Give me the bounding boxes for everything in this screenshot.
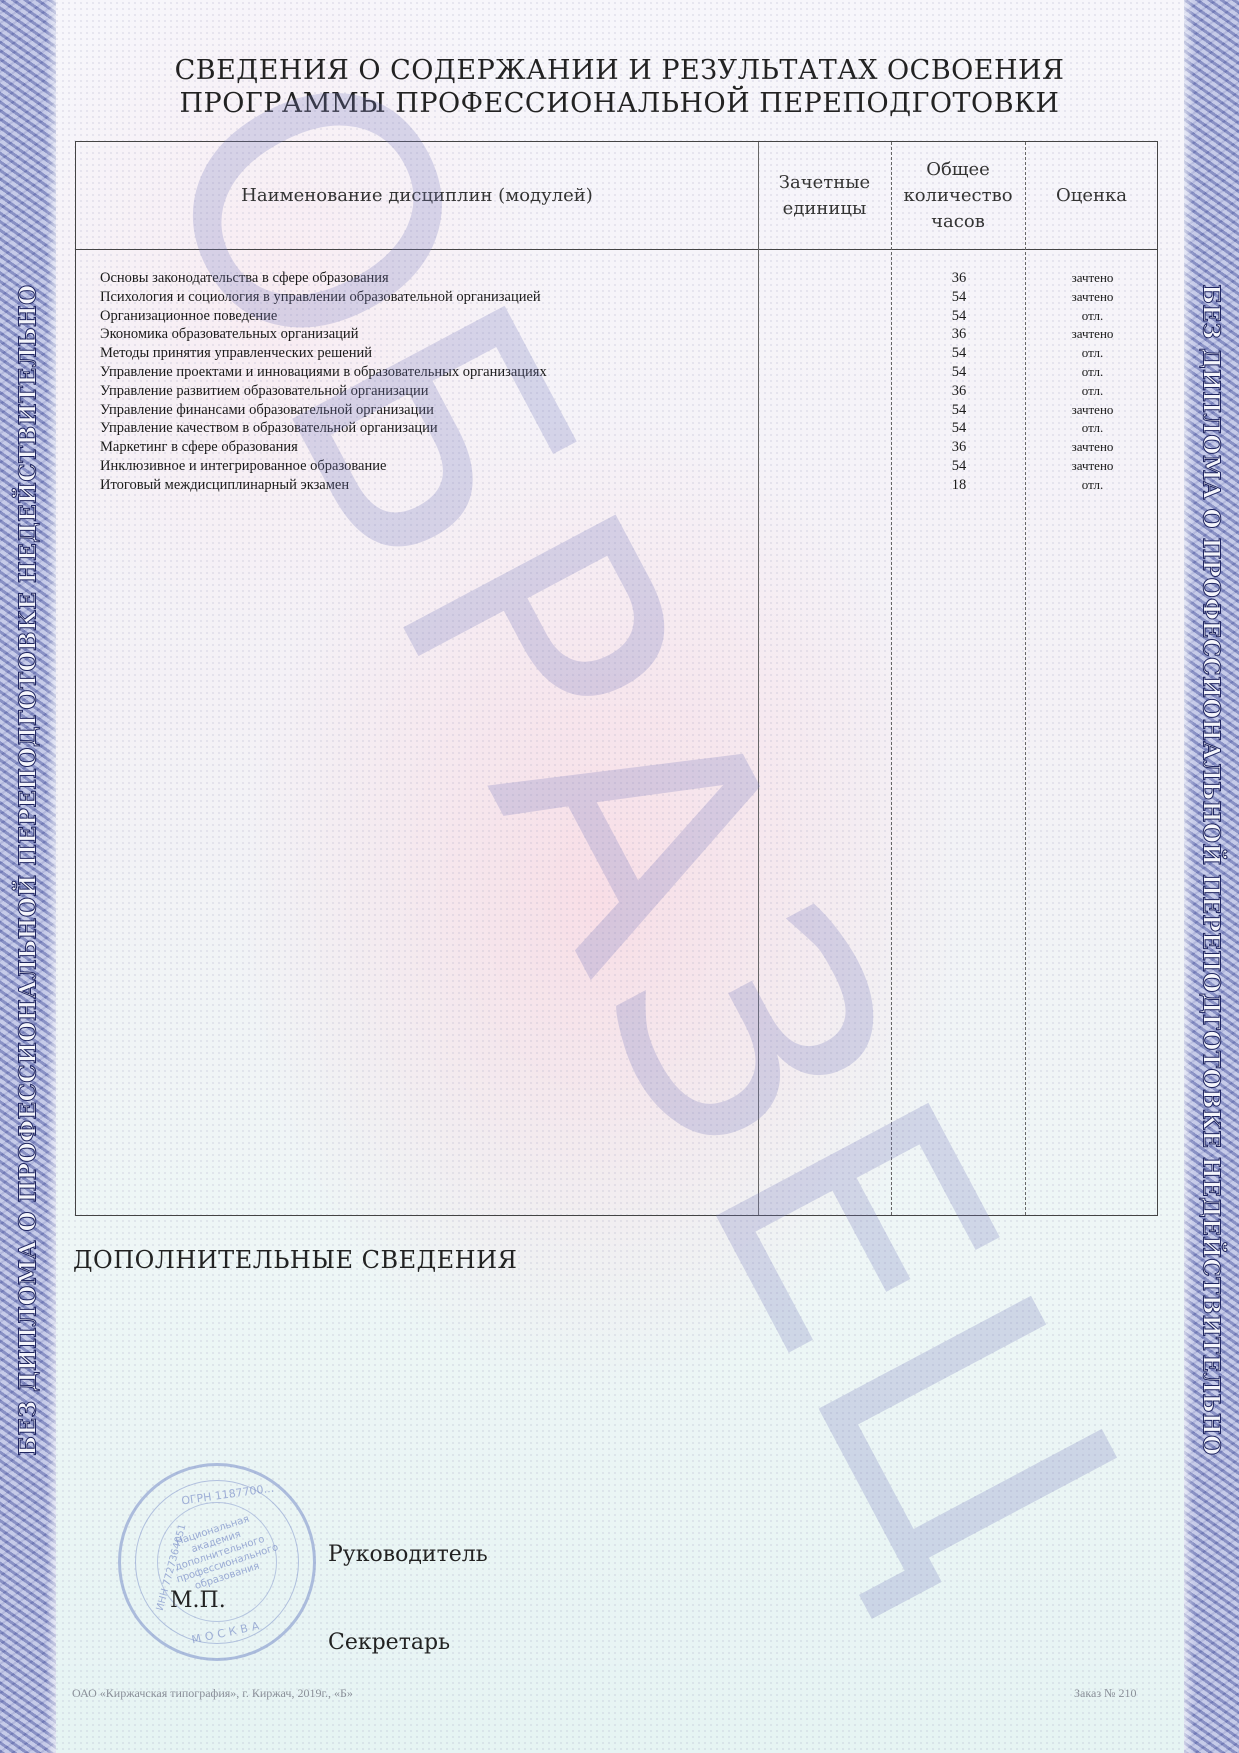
discipline-hours: 54 xyxy=(892,457,1026,476)
table-row: Управление проектами и инновациями в обр… xyxy=(76,363,1157,382)
discipline-grade: отл. xyxy=(1026,307,1159,326)
disciplines-table: Наименование дисциплин (модулей) Зачетны… xyxy=(75,141,1158,1216)
discipline-name: Инклюзивное и интегрированное образовани… xyxy=(100,457,386,476)
table-row: Организационное поведение54отл. xyxy=(76,307,1157,326)
discipline-grade: зачтено xyxy=(1026,325,1159,344)
discipline-name: Экономика образовательных организаций xyxy=(100,325,358,344)
discipline-name: Маркетинг в сфере образования xyxy=(100,438,298,457)
header-grade: Оценка xyxy=(1025,142,1158,249)
discipline-hours: 18 xyxy=(892,476,1026,495)
discipline-grade: зачтено xyxy=(1026,288,1159,307)
discipline-grade: зачтено xyxy=(1026,457,1159,476)
discipline-grade: зачтено xyxy=(1026,269,1159,288)
discipline-hours: 36 xyxy=(892,325,1026,344)
seal-place-label: М.П. xyxy=(170,1588,226,1613)
discipline-hours: 54 xyxy=(892,288,1026,307)
discipline-grade: отл. xyxy=(1026,344,1159,363)
discipline-grade: отл. xyxy=(1026,363,1159,382)
discipline-grade: отл. xyxy=(1026,419,1159,438)
discipline-name: Управление качеством в образовательной о… xyxy=(100,419,438,438)
table-row: Управление качеством в образовательной о… xyxy=(76,419,1157,438)
table-row: Экономика образовательных организаций36з… xyxy=(76,325,1157,344)
discipline-grade: отл. xyxy=(1026,476,1159,495)
left-border-text: Без диплома о профессиональной переподго… xyxy=(15,284,42,1455)
right-border-text: Без диплома о профессиональной переподго… xyxy=(1198,284,1225,1455)
table-row: Основы законодательства в сфере образова… xyxy=(76,269,1157,288)
table-row: Управление развитием образовательной орг… xyxy=(76,382,1157,401)
discipline-grade: зачтено xyxy=(1026,401,1159,420)
table-body: Основы законодательства в сфере образова… xyxy=(76,269,1157,495)
discipline-hours: 54 xyxy=(892,419,1026,438)
discipline-hours: 36 xyxy=(892,269,1026,288)
page-title-line-1: Сведения о содержании и результатах осво… xyxy=(0,55,1239,86)
printer-info: ОАО «Киржачская типография», г. Киржач, … xyxy=(72,1686,353,1701)
order-number: Заказ № 210 xyxy=(1074,1686,1137,1701)
additional-info-heading: Дополнительные сведения xyxy=(73,1246,517,1274)
signature-head-label: Руководитель xyxy=(328,1542,488,1567)
page-title-line-2: программы профессиональной переподготовк… xyxy=(0,88,1239,119)
table-row: Маркетинг в сфере образования36зачтено xyxy=(76,438,1157,457)
official-stamp: ОГРН 1187700... ИНН 7727364051 Националь… xyxy=(118,1463,316,1661)
discipline-hours: 54 xyxy=(892,401,1026,420)
discipline-hours: 36 xyxy=(892,438,1026,457)
table-row: Итоговый междисциплинарный экзамен18отл. xyxy=(76,476,1157,495)
table-row: Инклюзивное и интегрированное образовани… xyxy=(76,457,1157,476)
discipline-name: Итоговый междисциплинарный экзамен xyxy=(100,476,349,495)
discipline-hours: 54 xyxy=(892,344,1026,363)
discipline-hours: 54 xyxy=(892,363,1026,382)
discipline-grade: зачтено xyxy=(1026,438,1159,457)
table-row: Управление финансами образовательной орг… xyxy=(76,401,1157,420)
header-divider xyxy=(76,249,1157,250)
discipline-name: Управление развитием образовательной орг… xyxy=(100,382,428,401)
discipline-hours: 54 xyxy=(892,307,1026,326)
header-credits: Зачетные единицы xyxy=(758,142,891,249)
discipline-name: Основы законодательства в сфере образова… xyxy=(100,269,389,288)
table-row: Психология и социология в управлении обр… xyxy=(76,288,1157,307)
signature-secretary-label: Секретарь xyxy=(328,1630,450,1655)
discipline-name: Методы принятия управленческих решений xyxy=(100,344,372,363)
discipline-name: Организационное поведение xyxy=(100,307,277,326)
header-discipline: Наименование дисциплин (модулей) xyxy=(76,142,758,249)
header-hours: Общее количество часов xyxy=(891,142,1025,249)
discipline-name: Управление проектами и инновациями в обр… xyxy=(100,363,547,382)
table-row: Методы принятия управленческих решений54… xyxy=(76,344,1157,363)
discipline-name: Управление финансами образовательной орг… xyxy=(100,401,434,420)
discipline-name: Психология и социология в управлении обр… xyxy=(100,288,541,307)
discipline-hours: 36 xyxy=(892,382,1026,401)
discipline-grade: отл. xyxy=(1026,382,1159,401)
